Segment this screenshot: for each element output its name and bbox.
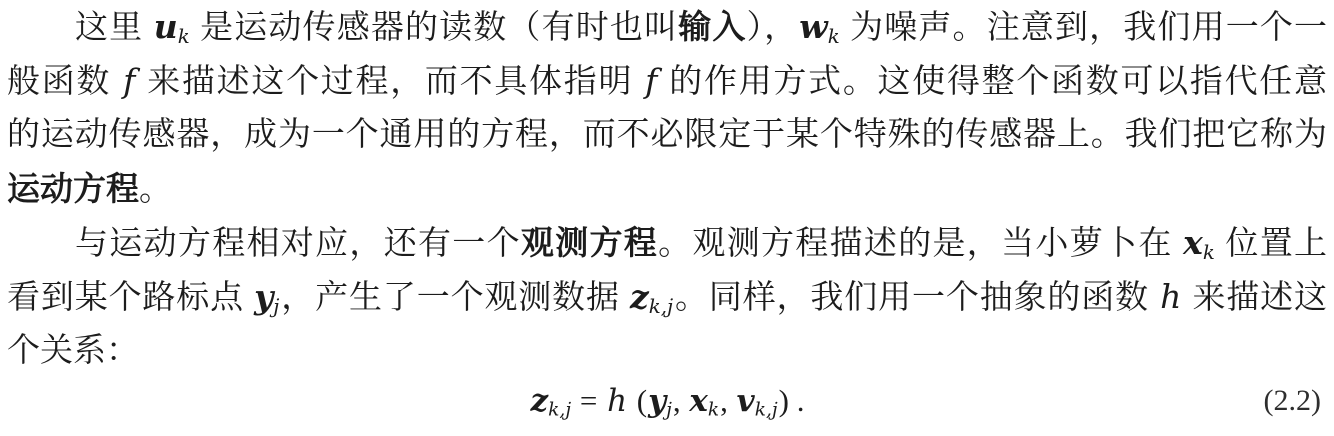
text-run: ，产生了一个观测数据: [280, 280, 629, 316]
math-symbol: uk: [153, 7, 191, 46]
paragraph: 这里 uk 是运动传感器的读数（有时也叫输入），wk 为噪声。注意到，我们用一个…: [7, 0, 1327, 216]
math-subscript: k,j: [548, 400, 571, 421]
text-run: 。观测方程描述的是，当小萝卜在: [658, 226, 1182, 262]
equation-row: zk,j = h (yj, xk, vk,j) . (2.2): [7, 378, 1327, 436]
text-line: 看到某个路标点 yj，产生了一个观测数据 zk,j。同样，我们用一个抽象的函数 …: [7, 270, 1327, 324]
math-symbol: yj: [647, 383, 673, 419]
text-line: 与运动方程相对应，还有一个观测方程。观测方程描述的是，当小萝卜在 xk 位置上: [7, 216, 1327, 270]
math-symbol: f: [643, 61, 659, 100]
text-run: 般函数: [7, 64, 121, 100]
bold-term: 观测方程: [521, 224, 658, 261]
math-symbol: xk: [688, 383, 720, 419]
text-run: =: [572, 383, 605, 418]
math-symbol: h: [605, 383, 629, 419]
math-subscript: k,j: [755, 400, 778, 421]
text-line: 这里 uk 是运动传感器的读数（有时也叫输入），wk 为噪声。注意到，我们用一个…: [7, 0, 1327, 54]
math-symbol: xk: [1182, 223, 1216, 262]
math-subscript: k: [178, 25, 190, 48]
text-run: 来描述这个过程，而不具体指明: [137, 64, 643, 100]
math-symbol: vk,j: [736, 383, 779, 419]
math-symbol: wk: [798, 7, 840, 46]
math-subscript: k: [708, 400, 719, 421]
math-symbol: h: [1158, 277, 1183, 316]
text-run: 来描述这: [1183, 280, 1327, 316]
text-run: 是运动传感器的读数（有时也叫: [191, 10, 678, 46]
text-run: 与运动方程相对应，还有一个: [75, 226, 521, 262]
text-run: 看到某个路标点: [7, 280, 253, 316]
math-subscript: k,j: [649, 295, 673, 318]
math-symbol: yj: [253, 277, 280, 316]
math-symbol: zk,j: [530, 383, 573, 419]
text-line: 个关系：: [7, 324, 1327, 378]
math-symbol: f: [121, 61, 137, 100]
body-text: 这里 uk 是运动传感器的读数（有时也叫输入），wk 为噪声。注意到，我们用一个…: [7, 0, 1327, 378]
text-line: 的运动传感器，成为一个通用的方程，而不必限定于某个特殊的传感器上。我们把它称为: [7, 108, 1327, 162]
bold-term: 输入: [678, 8, 746, 45]
paragraph: 与运动方程相对应，还有一个观测方程。观测方程描述的是，当小萝卜在 xk 位置上看…: [7, 216, 1327, 378]
text-line: 般函数 f 来描述这个过程，而不具体指明 f 的作用方式。这使得整个函数可以指代…: [7, 54, 1327, 108]
equation-2-2: zk,j = h (yj, xk, vk,j) .: [530, 383, 805, 418]
text-run: 这里: [75, 10, 153, 46]
text-line: 运动方程。: [7, 162, 1327, 216]
math-subscript: j: [666, 400, 672, 421]
math-subscript: k: [828, 25, 840, 48]
text-run: 为噪声。注意到，我们用一个一: [841, 10, 1327, 46]
text-run: ,: [720, 383, 736, 418]
equation-number: (2.2): [1264, 378, 1321, 424]
document-page: 这里 uk 是运动传感器的读数（有时也叫输入），wk 为噪声。注意到，我们用一个…: [0, 0, 1334, 436]
math-subscript: k: [1203, 241, 1215, 264]
text-run: (: [629, 383, 647, 418]
math-subscript: j: [273, 295, 279, 318]
text-run: 位置上: [1216, 226, 1327, 262]
text-run: 。: [139, 172, 172, 208]
text-run: ) .: [779, 383, 805, 418]
text-run: 个关系：: [7, 333, 139, 369]
text-run: 。同样，我们用一个抽象的函数: [674, 280, 1158, 316]
text-run: 的作用方式。这使得整个函数可以指代任意: [659, 64, 1327, 100]
math-symbol: zk,j: [629, 277, 674, 316]
text-run: 的运动传感器，成为一个通用的方程，而不必限定于某个特殊的传感器上。我们把它称为: [7, 117, 1327, 153]
bold-term: 运动方程: [7, 170, 139, 207]
text-run: ,: [673, 383, 689, 418]
text-run: ），: [746, 10, 798, 46]
